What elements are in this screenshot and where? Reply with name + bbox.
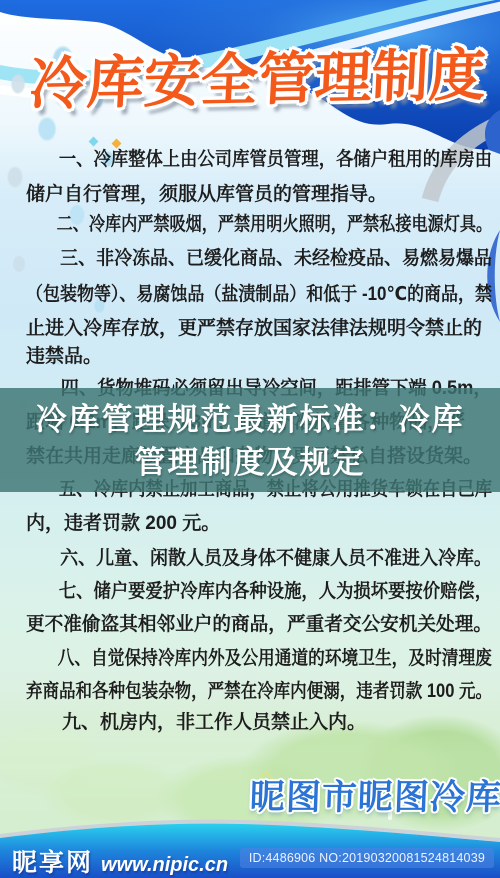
rule-line: 七、储户要爱护冷库内各种设施，人为损坏要按价赔偿，	[26, 579, 451, 605]
rule-line: 一、冷库整体上由公司库管员管理，各储户租用的库房由	[26, 147, 451, 173]
rule-line: 弃商品和各种包装杂物，严禁在冷库内便溺，违者罚款 100 元。	[26, 679, 431, 705]
poster-title: 冷库安全管理制度	[28, 29, 500, 121]
site-url: www.nipic.cn	[101, 854, 228, 876]
rule-line: 六、儿童、闲散人员及身体不健康人员不准进入冷库。	[26, 546, 467, 572]
rule-line: 二、冷库内严禁吸烟，严禁用明火照明，严禁私接电源灯具。	[26, 212, 422, 238]
overlay-watermark-line2: 管理制度及规定	[0, 437, 500, 482]
rule-line: 九、机房内，非工作人员禁止入内。	[26, 710, 492, 736]
overlay-watermark-line1: 冷库管理规范最新标准：冷库	[0, 394, 500, 439]
rule-line: （包装物等）、易腐蚀品（盐渍制品）和低于 -10℃的商品，禁	[26, 282, 443, 308]
rule-line: 内，违者罚款 200 元。	[26, 511, 492, 537]
rule-line: 八、自觉保持冷库内外及公用通道的环境卫生，及时清理废	[26, 646, 436, 672]
rule-line: 三、非冷冻品、已缓化商品、未经检疫品、易燃易爆品	[26, 246, 467, 272]
rule-line: 违禁品。	[26, 344, 492, 370]
cold-storage-rules-poster: 冷库安全管理制度 一、冷库整体上由公司库管员管理，各储户租用的库房由储户自行管理…	[0, 0, 500, 878]
overlay-watermark-band: 冷库管理规范最新标准：冷库 管理制度及规定	[0, 388, 500, 492]
site-name: 昵享网	[12, 849, 93, 877]
image-id-badge: ID:4486906 NO:20190320081524814039	[240, 848, 494, 868]
corner-watermark: 昵图市昵图冷库	[249, 770, 500, 820]
rule-line: 更不准偷盗其相邻业户的商品，严重者交公安机关处理。	[26, 612, 483, 638]
rule-line: 储户自行管理，须服从库管员的管理指导。	[26, 182, 492, 208]
rule-line: 止进入冷库存放，更严禁存放国家法律法规明令禁止的	[26, 316, 492, 342]
footer-site-logo: 昵享网www.nipic.cn	[12, 843, 228, 878]
